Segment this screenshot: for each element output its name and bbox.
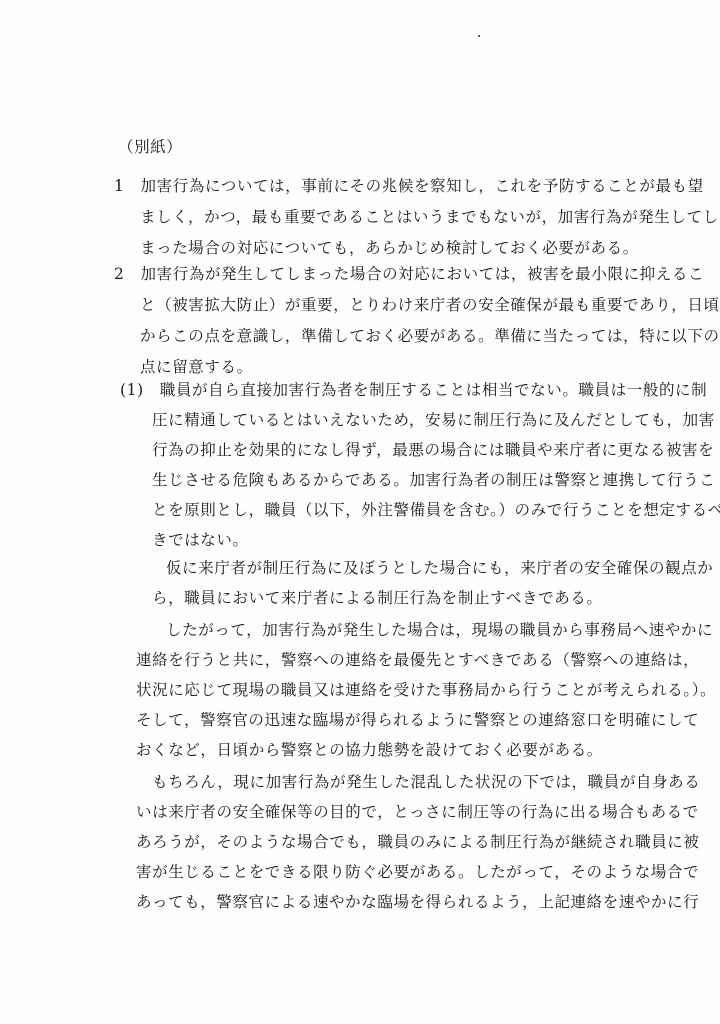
text-line: あっても，警察官による速やかな臨場を得られるよう，上記連絡を速やかに行 <box>136 892 699 912</box>
text-line: 2 加害行為が発生してしまった場合の対応においては，被害を最小限に抑えるこ <box>114 264 704 284</box>
text-line: したがって，加害行為が発生した場合は，現場の職員から事務局へ速やかに <box>166 620 713 640</box>
text-line: いは来庁者の安全確保等の目的で，とっさに制圧等の行為に出る場合もあるで <box>136 802 699 822</box>
text-line: 点に留意する。 <box>140 357 253 377</box>
text-line: きではない。 <box>152 530 249 550</box>
text-line: 害が生じることをできる限り防ぐ必要がある。したがって，そのような場合で <box>136 862 699 882</box>
text-line: 仮に来庁者が制圧行為に及ぼうとした場合にも，来庁者の安全確保の観点か <box>166 558 713 578</box>
text-line: とを原則とし，職員（以下，外注警備員を含む。）のみで行うことを想定するべ <box>152 500 720 520</box>
text-line: あろうが，そのような場合でも，職員のみによる制圧行為が継続され職員に被 <box>136 832 700 852</box>
text-line: 1 加害行為については，事前にその兆候を察知し，これを予防することが最も望 <box>114 176 704 196</box>
text-line: おくなど，日頃から警察との協力態勢を設けておく必要がある。 <box>136 740 603 760</box>
text-line: もちろん，現に加害行為が発生した混乱した状況の下では，職員が自身ある <box>152 772 700 792</box>
text-line: 圧に精通しているとはいえないため，安易に制圧行為に及んだとしても，加害 <box>152 410 715 430</box>
text-line: そして，警察官の迅速な臨場が得られるように警察との連絡窓口を明確にして <box>136 710 699 730</box>
text-line: と（被害拡大防止）が重要，とりわけ来庁者の安全確保が最も重要であり，日頃 <box>140 295 720 315</box>
text-line: ら，職員において来庁者による制圧行為を制止すべきである。 <box>152 588 603 608</box>
text-line: からこの点を意識し，準備しておく必要がある。準備に当たっては，特に以下の <box>140 326 720 346</box>
text-line: (1) 職員が自ら直接加害行為者を制圧することは相当でない。職員は一般的に制 <box>120 380 707 400</box>
text-line: まった場合の対応についても，あらかじめ検討しておく必要がある。 <box>140 238 639 258</box>
scan-speck <box>478 35 480 37</box>
text-line: ましく，かつ，最も重要であることはいうまでもないが，加害行為が発生してし <box>140 207 719 227</box>
text-line: 状況に応じて現場の職員又は連絡を受けた事務局から行うことが考えられる。）。 <box>136 680 716 700</box>
text-line: 生じさせる危険もあるからである。加害行為者の制圧は警察と連携して行うこ <box>152 470 715 490</box>
document-page: （別紙）1 加害行為については，事前にその兆候を察知し，これを予防することが最も… <box>0 0 720 1024</box>
text-line: 連絡を行うと共に，警察への連絡を最優先とすべきである（警察への連絡は， <box>136 650 699 670</box>
text-line: 行為の抑止を効果的になし得ず，最悪の場合には職員や来庁者に更なる被害を <box>152 440 714 460</box>
document-heading: （別紙） <box>118 137 182 157</box>
